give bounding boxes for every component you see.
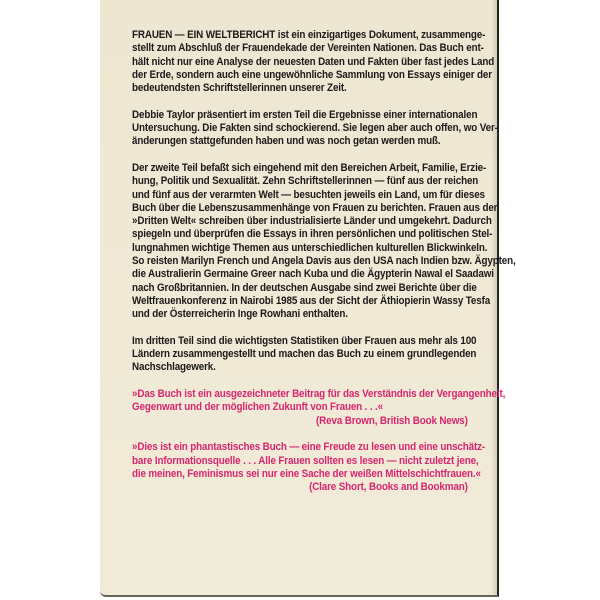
review-quote-2: »Dies ist ein phantastisches Buch — eine… [132, 441, 468, 494]
text-line: FRAUEN — EIN WELTBERICHT ist ein einziga… [132, 29, 468, 42]
quote-line: die meinen, Feminismus sei nur eine Sach… [132, 468, 468, 481]
text-line: Debbie Taylor präsentiert im ersten Teil… [132, 109, 468, 122]
review-quote-1: »Das Buch ist ein ausgezeichneter Beitra… [132, 388, 468, 428]
text-line: Ländern zusammengestellt und machen das … [132, 348, 468, 361]
text-line: und fünf aus der verarmten Welt — besuch… [132, 189, 468, 202]
quote-line: bare Informationsquelle . . . Alle Fraue… [132, 455, 468, 468]
text-line: spiegeln und überprüfen die Essays in ih… [132, 228, 468, 241]
quote-line: Gegenwart und der möglichen Zukunft von … [132, 401, 468, 414]
text-line: die Australierin Germaine Greer nach Kub… [132, 268, 468, 281]
text-line: »Dritten Welt« schreiben über industrial… [132, 215, 468, 228]
part-one-paragraph: Debbie Taylor präsentiert im ersten Teil… [132, 109, 468, 149]
quote-line: »Das Buch ist ein ausgezeichneter Beitra… [132, 388, 468, 401]
text-line: Weltfrauenkonferenz in Nairobi 1985 aus … [132, 295, 468, 308]
text-line: änderungen stattgefunden haben und was n… [132, 135, 468, 148]
part-two-paragraph: Der zweite Teil befaßt sich eingehend mi… [132, 162, 468, 322]
part-three-paragraph: Im dritten Teil sind die wichtigsten Sta… [132, 335, 468, 375]
text-line: bedeutendsten Schriftstellerinnen unsere… [132, 82, 468, 95]
text-line: Untersuchung. Die Fakten sind schockiere… [132, 122, 468, 135]
text-line: hält nicht nur eine Analyse der neuesten… [132, 56, 468, 69]
intro-paragraph: FRAUEN — EIN WELTBERICHT ist ein einziga… [132, 29, 468, 95]
text-line: Buch über die Lebenszusammenhänge von Fr… [132, 202, 468, 215]
text-line: lungnahmen wichtige Themen aus unterschi… [132, 242, 468, 255]
text-line: der Erde, sondern auch eine ungewöhnlich… [132, 69, 468, 82]
text-line: Im dritten Teil sind die wichtigsten Sta… [132, 335, 468, 348]
text-line: So reisten Marilyn French und Angela Dav… [132, 255, 468, 268]
text-line: stellt zum Abschluß der Frauendekade der… [132, 42, 468, 55]
quote-source: (Clare Short, Books and Bookman) [132, 481, 468, 494]
cover-text: FRAUEN — EIN WELTBERICHT ist ein einziga… [132, 29, 468, 508]
text-line: hung, Politik und Sexualität. Zehn Schri… [132, 175, 468, 188]
text-line: und der Österreicherin Inge Rowhani enth… [132, 308, 468, 321]
text-line: nach Großbritannien. In der deutschen Au… [132, 282, 468, 295]
text-line: Der zweite Teil befaßt sich eingehend mi… [132, 162, 468, 175]
book-back-cover: FRAUEN — EIN WELTBERICHT ist ein einziga… [100, 0, 499, 597]
text-line: Nachschlagewerk. [132, 361, 468, 374]
quote-source: (Reva Brown, British Book News) [132, 415, 468, 428]
quote-line: »Dies ist ein phantastisches Buch — eine… [132, 441, 468, 454]
